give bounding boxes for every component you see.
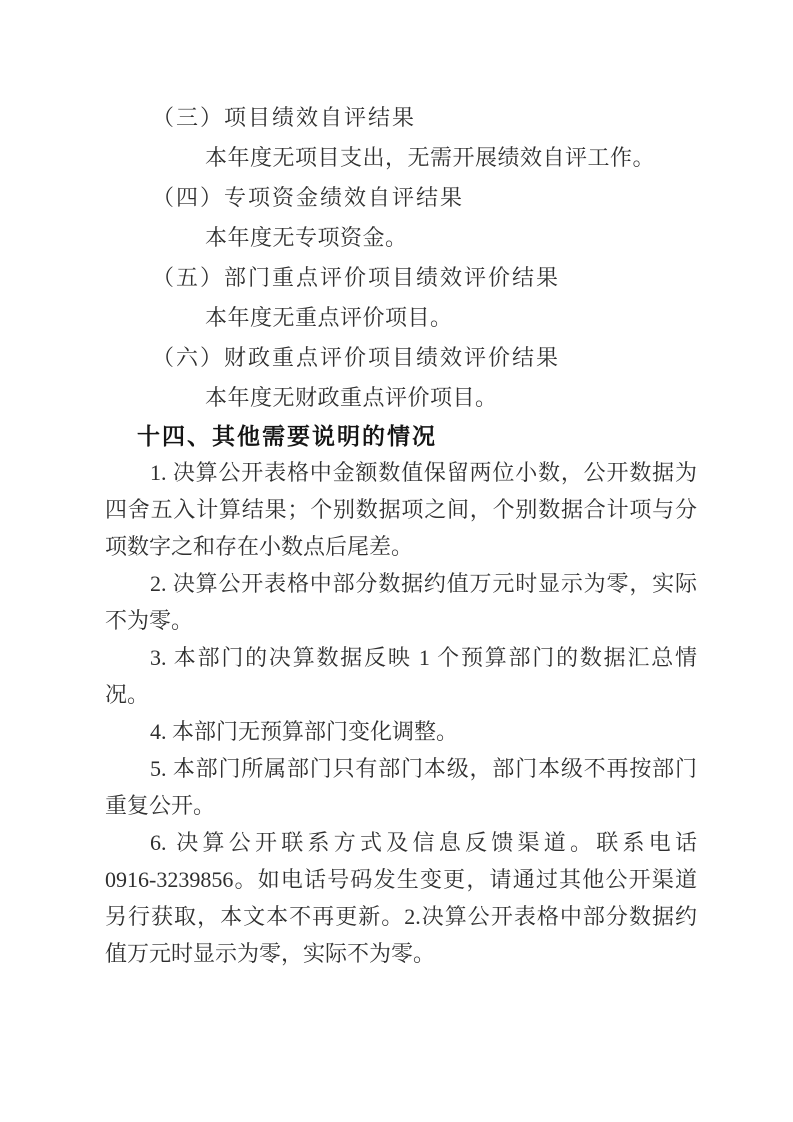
group-top: （三）项目绩效自评结果本年度无项目支出，无需开展绩效自评工作。（四）专项资金绩效… — [105, 98, 697, 418]
group-notes: 1. 决算公开表格中金额数值保留两位小数，公开数据为四舍五入计算结果；个别数据项… — [105, 454, 697, 972]
para-cont-line: 况。 — [105, 676, 697, 713]
section-heading-line: （五）部门重点评价项目绩效评价结果 — [105, 258, 697, 298]
section-heading-line: （六）财政重点评价项目绩效评价结果 — [105, 338, 697, 378]
para-cont-line: 另行获取，本文本不再更新。2.决算公开表格中部分数据约 — [105, 898, 697, 935]
para-cont-line: 项数字之和存在小数点后尾差。 — [105, 528, 697, 565]
para-first-line: 1. 决算公开表格中金额数值保留两位小数，公开数据为 — [105, 454, 697, 491]
group-chapter: 十四、其他需要说明的情况 — [105, 418, 697, 454]
section-heading-line: （四）专项资金绩效自评结果 — [105, 178, 697, 218]
para-first-line: 4. 本部门无预算部门变化调整。 — [105, 713, 697, 750]
sub-paragraph-line: 本年度无财政重点评价项目。 — [105, 378, 697, 418]
sub-paragraph-line: 本年度无项目支出，无需开展绩效自评工作。 — [105, 138, 697, 178]
sub-paragraph-line: 本年度无专项资金。 — [105, 218, 697, 258]
para-first-line: 2. 决算公开表格中部分数据约值万元时显示为零，实际 — [105, 565, 697, 602]
para-first-line: 3. 本部门的决算数据反映 1 个预算部门的数据汇总情 — [105, 639, 697, 676]
sub-paragraph-line: 本年度无重点评价项目。 — [105, 298, 697, 338]
para-cont-line: 值万元时显示为零，实际不为零。 — [105, 935, 697, 972]
para-cont-line: 0916-3239856。如电话号码发生变更，请通过其他公开渠道 — [105, 861, 697, 898]
para-cont-line: 重复公开。 — [105, 787, 697, 824]
para-first-line: 6. 决算公开联系方式及信息反馈渠道。联系电话 — [105, 824, 697, 861]
para-cont-line: 四舍五入计算结果；个别数据项之间，个别数据合计项与分 — [105, 491, 697, 528]
para-first-line: 5. 本部门所属部门只有部门本级，部门本级不再按部门 — [105, 750, 697, 787]
chapter-heading-line: 十四、其他需要说明的情况 — [105, 418, 697, 454]
para-cont-line: 不为零。 — [105, 602, 697, 639]
document-page: （三）项目绩效自评结果本年度无项目支出，无需开展绩效自评工作。（四）专项资金绩效… — [0, 0, 793, 1122]
section-heading-line: （三）项目绩效自评结果 — [105, 98, 697, 138]
document-body: （三）项目绩效自评结果本年度无项目支出，无需开展绩效自评工作。（四）专项资金绩效… — [105, 0, 697, 972]
